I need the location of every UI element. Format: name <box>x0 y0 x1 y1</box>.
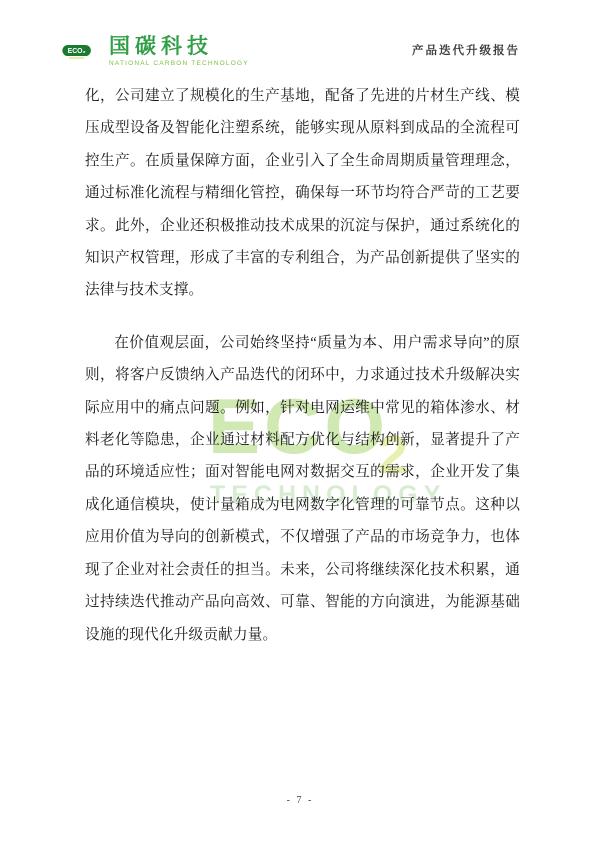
eco-leaf-logo-icon: ECO₂ <box>55 28 101 74</box>
logo-tagline-mark <box>69 57 85 58</box>
document-page: ECO 2 TECHNOLOGY ECO₂ 国碳科技 NATIONAL CARB… <box>0 0 600 849</box>
company-name-cn: 国碳科技 <box>109 35 249 59</box>
report-body: 化，公司建立了规模化的生产基地，配备了先进的片材生产线、模压成型设备及智能化注塑… <box>85 80 520 671</box>
company-logo: ECO₂ 国碳科技 NATIONAL CARBON TECHNOLOGY <box>55 28 249 74</box>
logo-eco2-text: ECO₂ <box>68 48 86 55</box>
logo-wordmark: 国碳科技 NATIONAL CARBON TECHNOLOGY <box>109 35 249 68</box>
page-footer: - 7 - <box>0 790 600 808</box>
paragraph-1: 化，公司建立了规模化的生产基地，配备了先进的片材生产线、模压成型设备及智能化注塑… <box>85 80 520 307</box>
company-name-en: NATIONAL CARBON TECHNOLOGY <box>109 59 249 68</box>
report-title: 产品迭代升级报告 <box>412 42 520 58</box>
page-header: ECO₂ 国碳科技 NATIONAL CARBON TECHNOLOGY 产品迭… <box>55 28 520 78</box>
paragraph-2: 在价值观层面，公司始终坚持“质量为本、用户需求导向”的原则，将客户反馈纳入产品迭… <box>85 327 520 651</box>
page-number: - 7 - <box>287 795 314 806</box>
